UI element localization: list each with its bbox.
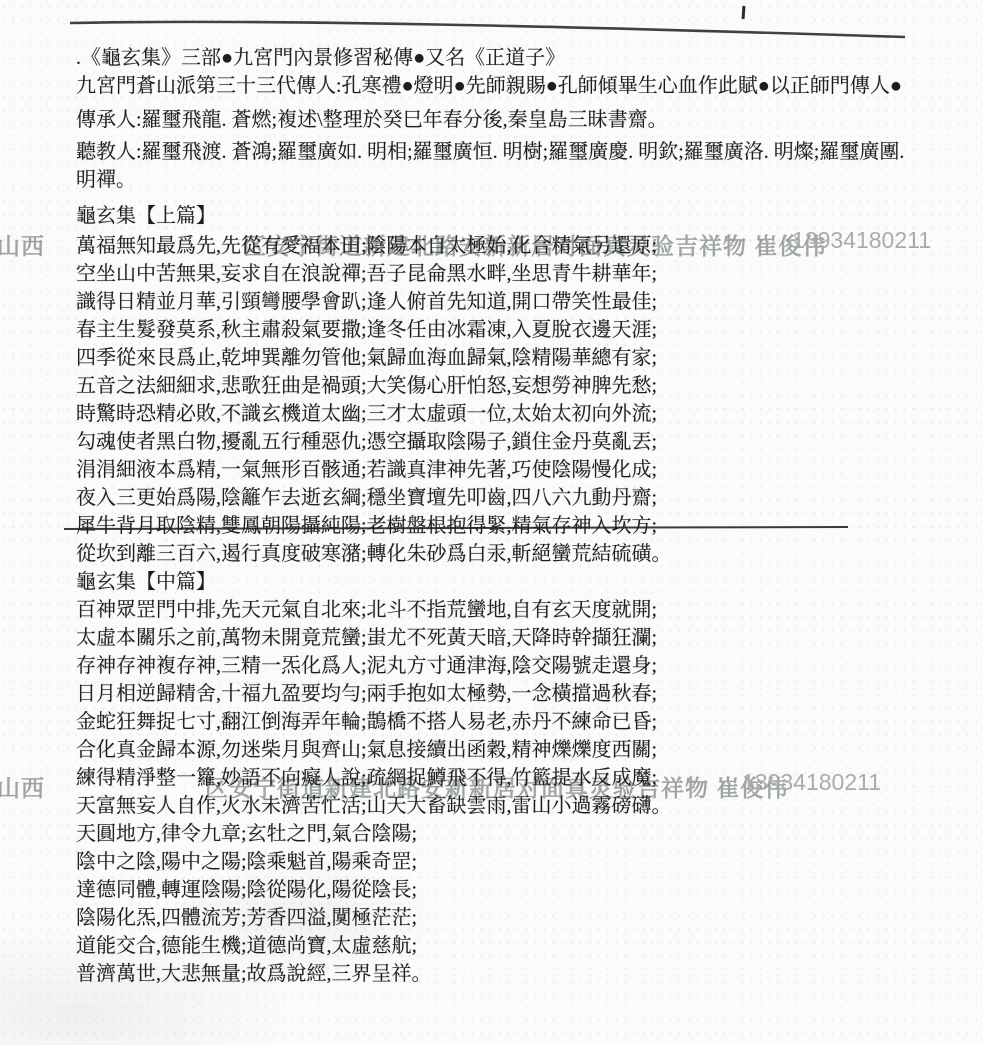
document-title: .《龜玄集》三部●九宮門內景修習秘傳●又名《正道子》: [76, 44, 912, 72]
verse-line: 金蛇狂舞捉七寸,翻江倒海弄年輪;鵲橋不搭人易老,赤丹不練命已昏;: [76, 708, 912, 736]
inheritor-line: 傳承人:羅璽飛龍. 蒼燃;複述\整理於癸巳年春分後,秦皇島三昧書齋。: [76, 106, 912, 134]
lineage-line: 九宮門蒼山派第三十三代傳人:孔寒禮●燈明●先師親賜●孔師傾畢生心血作此賦●以正師…: [76, 72, 912, 100]
watermark-prefix: 山西: [0, 770, 45, 803]
verse-line: 四季從來艮爲止,乾坤巽離勿管他;氣歸血海血歸氣,陰精陽華總有家;: [76, 344, 912, 372]
verse-line: 陰中之陰,陽中之陽;陰乘魁首,陽乘奇罡;: [76, 848, 912, 876]
verse-line: 達德同體,轉運陰陽;陰從陽化,陽從陰長;: [76, 876, 912, 904]
verse-line: 涓涓細液本爲精,一氣無形百骸通;若識真津神先著,巧使陰陽慢化成;: [76, 456, 912, 484]
verse-line: 天圓地方,律令九章;玄牡之門,氣合陰陽;: [76, 820, 912, 848]
verse-line: 練得精淨整一籮,妙語不向癡人說;疏網捉鱒飛不得,竹籃提水反成魔;: [76, 764, 912, 792]
verse-line: 天富無妄人自作,火水未濟苦忙活;山天大畜缺雲雨,雷山小過霧磅礴。: [76, 792, 912, 820]
verse-line: 空坐山中苦無果,妄求自在浪說禪;吾子昆侖黑水畔,坐思青牛耕華年;: [76, 260, 912, 288]
watermark-prefix: 山西: [0, 228, 45, 261]
verse-line: 萬福無知最爲先,先從有愛福本田;陰陽本自太極始,化合精氣另還原;: [76, 232, 912, 260]
verse-line: 太虛本關乐之前,萬物未開竟荒蠻;蚩尤不死黃天暗,天降時幹擷狂瀾;: [76, 624, 912, 652]
verse-line: 春主生髮發莫系,秋主肅殺氣要撒;逢冬任由冰霜凍,入夏脫衣邊天涯;: [76, 316, 912, 344]
verse-line: 勾魂使者黑白物,擾亂五行種惡仇;憑空攝取陰陽子,鎖住金丹莫亂丟;: [76, 428, 912, 456]
verse-line: 從坎到離三百六,遏行真度破寒潴;轉化朱砂爲白汞,斬絕蠻荒結硫磺。: [76, 540, 912, 568]
verse-line: 識得日精並月華,引頸彎腰學會趴;逢人俯首先知道,開口帶笑性最佳;: [76, 288, 912, 316]
verse-line: 百神眾罡門中排,先天元氣自北來;北斗不指荒蠻地,自有玄天度就開;: [76, 596, 912, 624]
verse-line: 合化真金歸本源,勿迷柴月與齊山;氣息接續出函穀,精神爍爍度西關;: [76, 736, 912, 764]
verse-line: 道能交合,德能生機;道德尚寶,太虛慈航;: [76, 932, 912, 960]
listener-line: 聽教人:羅璽飛渡. 蒼鴻;羅璽廣如. 明相;羅璽廣恒. 明樹;羅璽廣慶. 明欽;…: [76, 138, 912, 194]
verse-line: 犀牛背月取陰精,雙鳳朝陽攝純陽;老樹盤根抱得緊,精氣存神入坎方;: [76, 512, 912, 540]
top-rule-line: [0, 0, 983, 50]
verse-line: 存神存神複存神,三精一炁化爲人;泥丸方寸通津海,陰交陽號走還身;: [76, 652, 912, 680]
verse-line: 日月相逆歸精舍,十福九盈要均勻;兩手抱如太極勢,一念橫擋過秋春;: [76, 680, 912, 708]
verse-line: 陰陽化炁,四體流芳;芳香四溢,闃極茫茫;: [76, 904, 912, 932]
document-text: .《龜玄集》三部●九宮門內景修習秘傳●又名《正道子》 九宮門蒼山派第三十三代傳人…: [76, 44, 912, 988]
section-heading-upper: 龜玄集【上篇】: [76, 202, 912, 230]
verse-line: 時驚時恐精必敗,不識玄機道太幽;三才太虛頭一位,太始太初向外流;: [76, 400, 912, 428]
verse-line: 普濟萬世,大悲無量;故爲說經,三界呈祥。: [76, 960, 912, 988]
verse-line: 五音之法細細求,悲歌狂曲是禍頭;大笑傷心肝怕怒,妄想勞神脾先愁;: [76, 372, 912, 400]
section-heading-middle: 龜玄集【中篇】: [76, 568, 912, 596]
scanned-document-page: 山西 区安宁街道新建北路安新新居对面真灵验吉祥物 崔俊伟 13934180211…: [0, 0, 983, 1045]
verse-line: 夜入三更始爲陽,陰籬乍去逝玄綱;穩坐寶壇先叩齒,四八六九動丹齋;: [76, 484, 912, 512]
